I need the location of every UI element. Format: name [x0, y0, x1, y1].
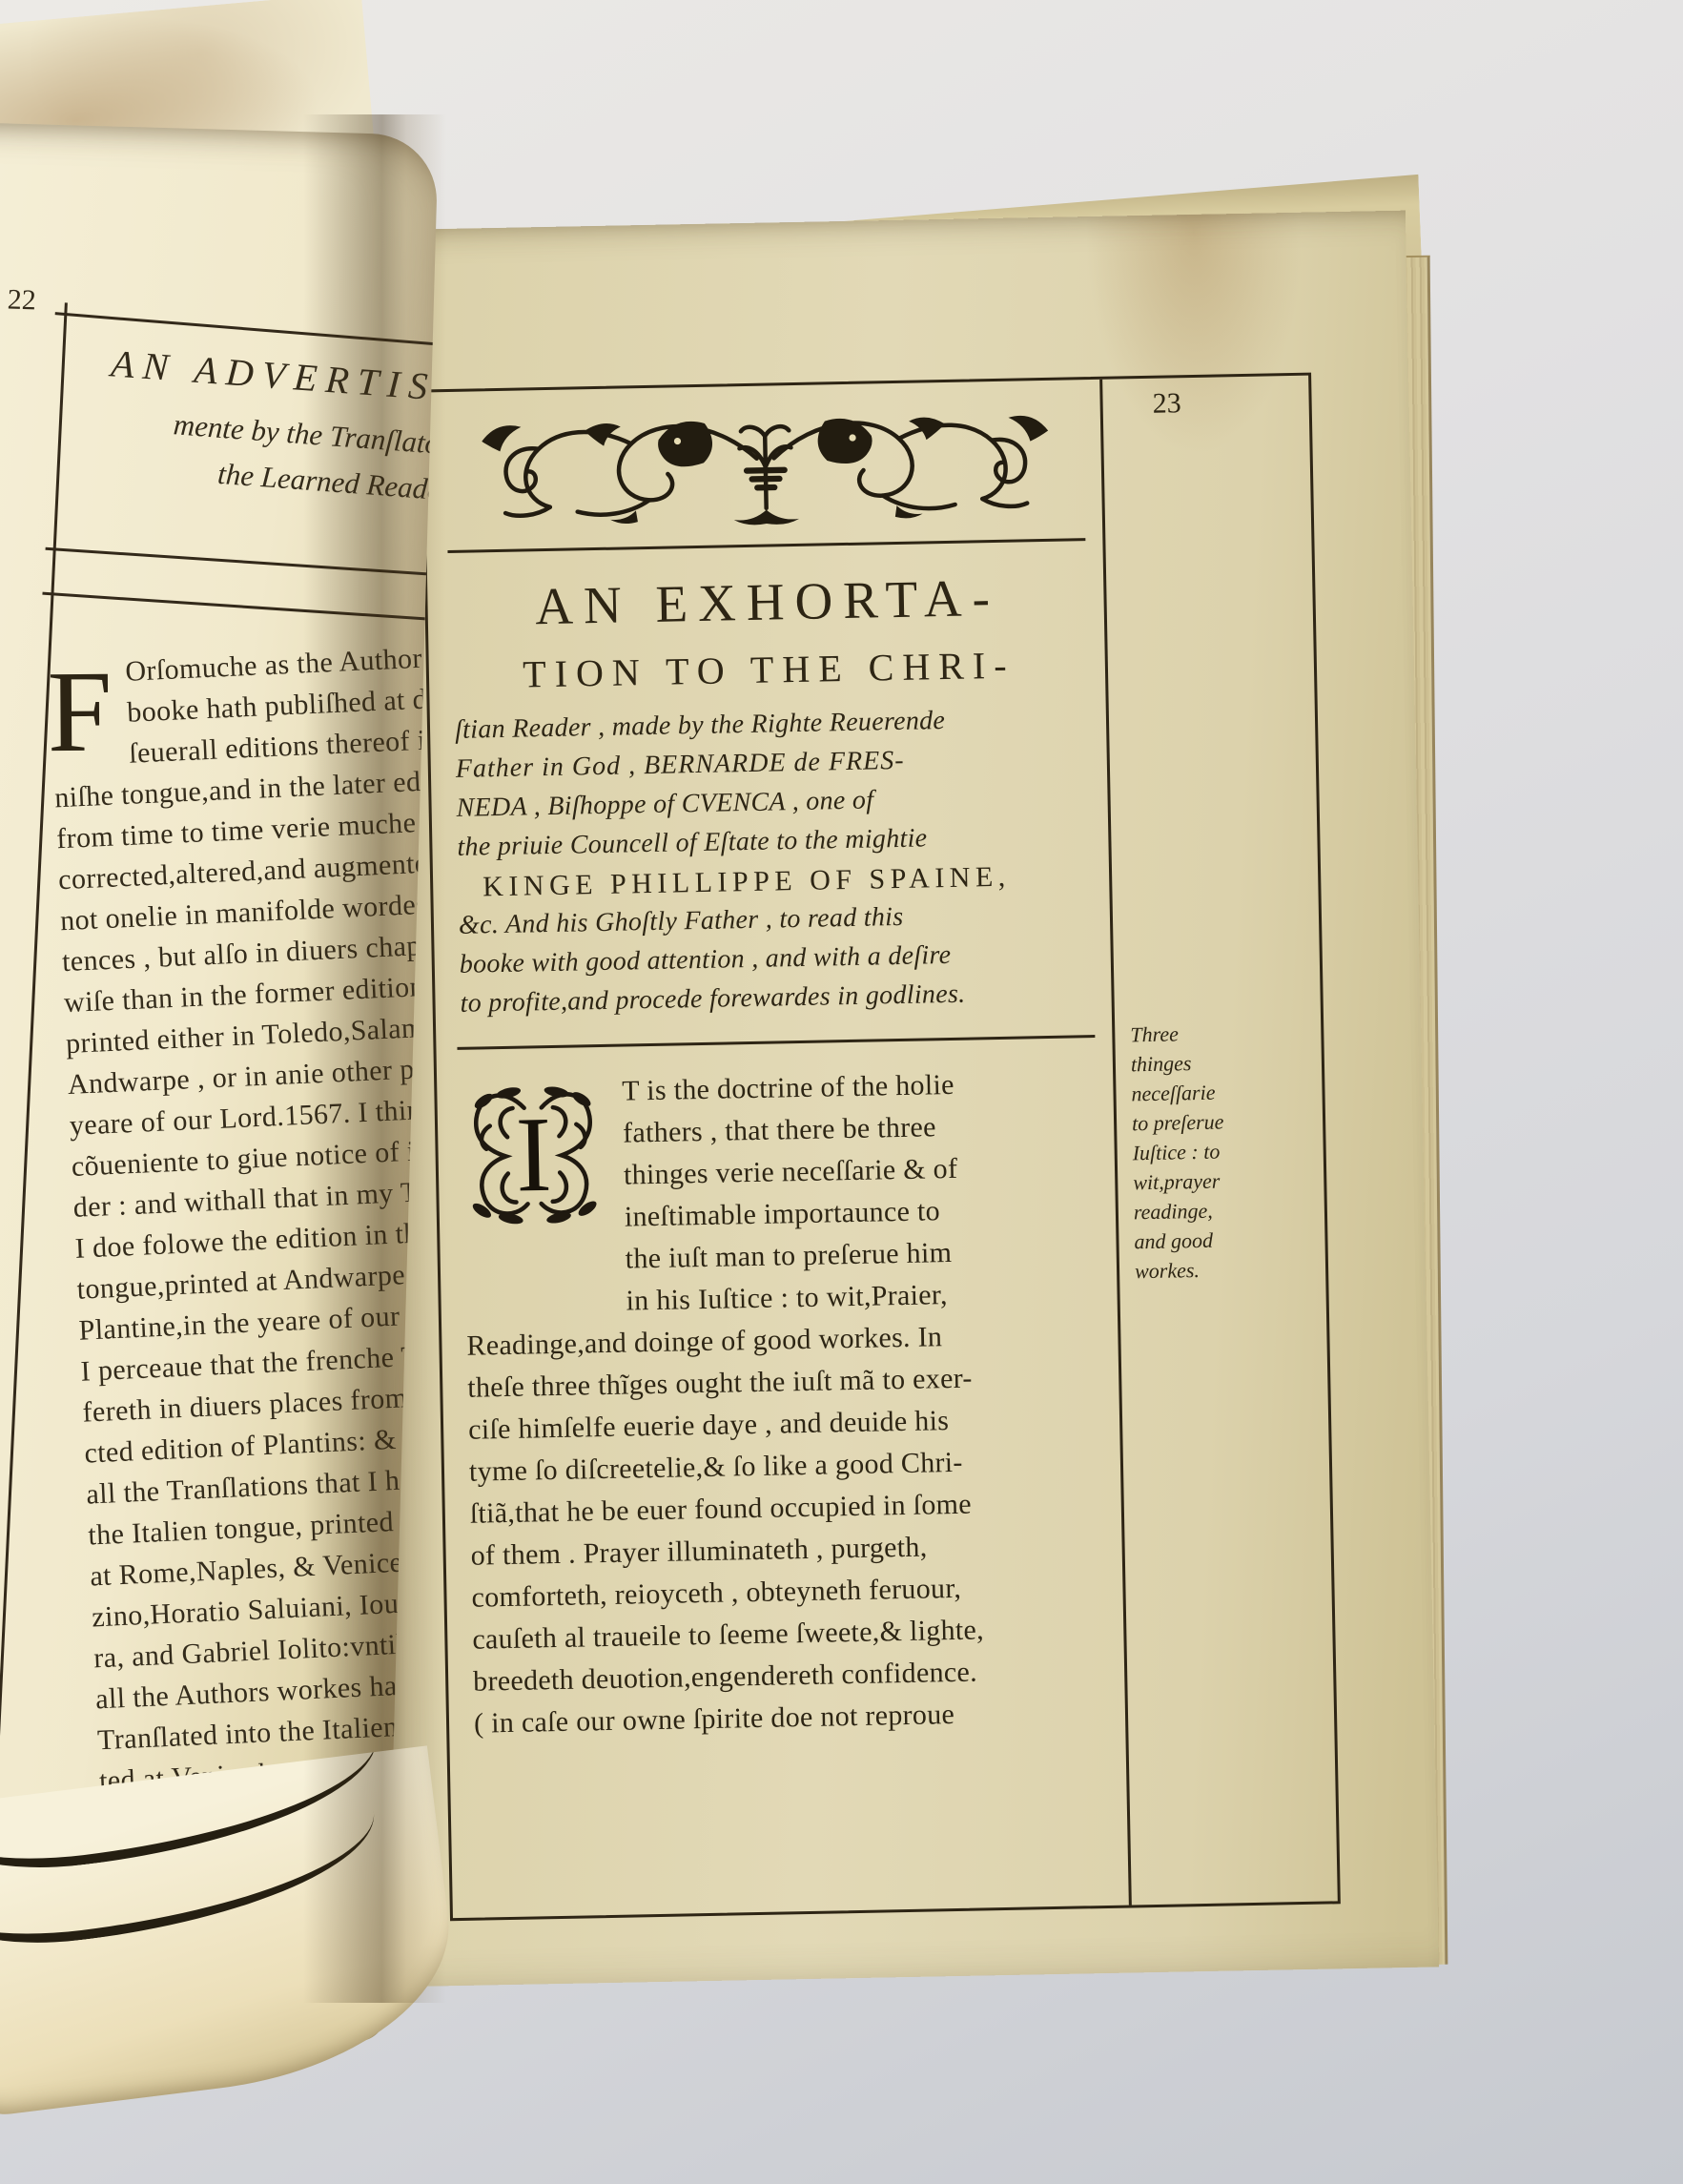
margin-note-line: readinge,	[1134, 1195, 1226, 1226]
double-rule	[42, 547, 438, 625]
page-number: 23	[1152, 387, 1181, 421]
exhortation-title-line2: TION TO THE CHRI-	[454, 641, 1085, 698]
margin-note-line: Iuſtice : to	[1132, 1136, 1224, 1167]
curled-page-corner	[0, 1745, 465, 2120]
margin-note: Threethingesneceſſarieto preſerueIuſtice…	[1130, 1019, 1227, 1287]
margin-note-line: thinges	[1131, 1047, 1223, 1079]
exhortation-title-line1: AN EXHORTA-	[452, 566, 1083, 638]
margin-note-line: to preſerue	[1132, 1106, 1224, 1138]
margin-note-line: workes.	[1135, 1254, 1227, 1286]
page-number: 22	[7, 284, 36, 318]
margin-note-line: neceſſarie	[1131, 1077, 1223, 1108]
book-page-right-23: AN EXHORTA- TION TO THE CHRI- ſtian Read…	[345, 211, 1439, 1988]
exhortation-body: I T is the doctrine of the holiefathers …	[462, 1066, 1104, 1750]
photo-of-open-antique-book: { "meta": { "description": "Photograph o…	[0, 0, 1683, 2184]
printed-vertical-rule	[0, 302, 68, 1903]
printed-border-frame: AN EXHORTA- TION TO THE CHRI- ſtian Read…	[421, 373, 1341, 1922]
advertisement-heading: AN ADVERTIS mente by the Tranſlatour to …	[57, 338, 439, 522]
right-page-text-column: AN EXHORTA- TION TO THE CHRI- ſtian Read…	[423, 380, 1132, 1918]
margin-note-line: wit,prayer	[1133, 1165, 1225, 1197]
body-lines-full-width: Readinge,and doinge of good workes. Inth…	[466, 1318, 1104, 1750]
foliate-headpiece-ornament	[455, 395, 1076, 538]
rule-under-ornament	[447, 538, 1085, 553]
rule-under-subtitle	[457, 1035, 1095, 1050]
margin-note-line: and good	[1134, 1225, 1226, 1256]
exhortation-subtitle: ſtian Reader , made by the Righte Reuere…	[455, 703, 1091, 1028]
right-page-margin-column: 23 Threethingesneceſſarieto preſerueIuſt…	[1102, 376, 1338, 1906]
margin-note-line: Three	[1130, 1019, 1222, 1050]
drop-cap-letter-i: I	[515, 1096, 553, 1215]
ornate-initial-I-woodcut: I	[460, 1080, 607, 1231]
advertisement-body: Orſomuche as the Authorbooke hath publiſ…	[49, 631, 439, 1847]
